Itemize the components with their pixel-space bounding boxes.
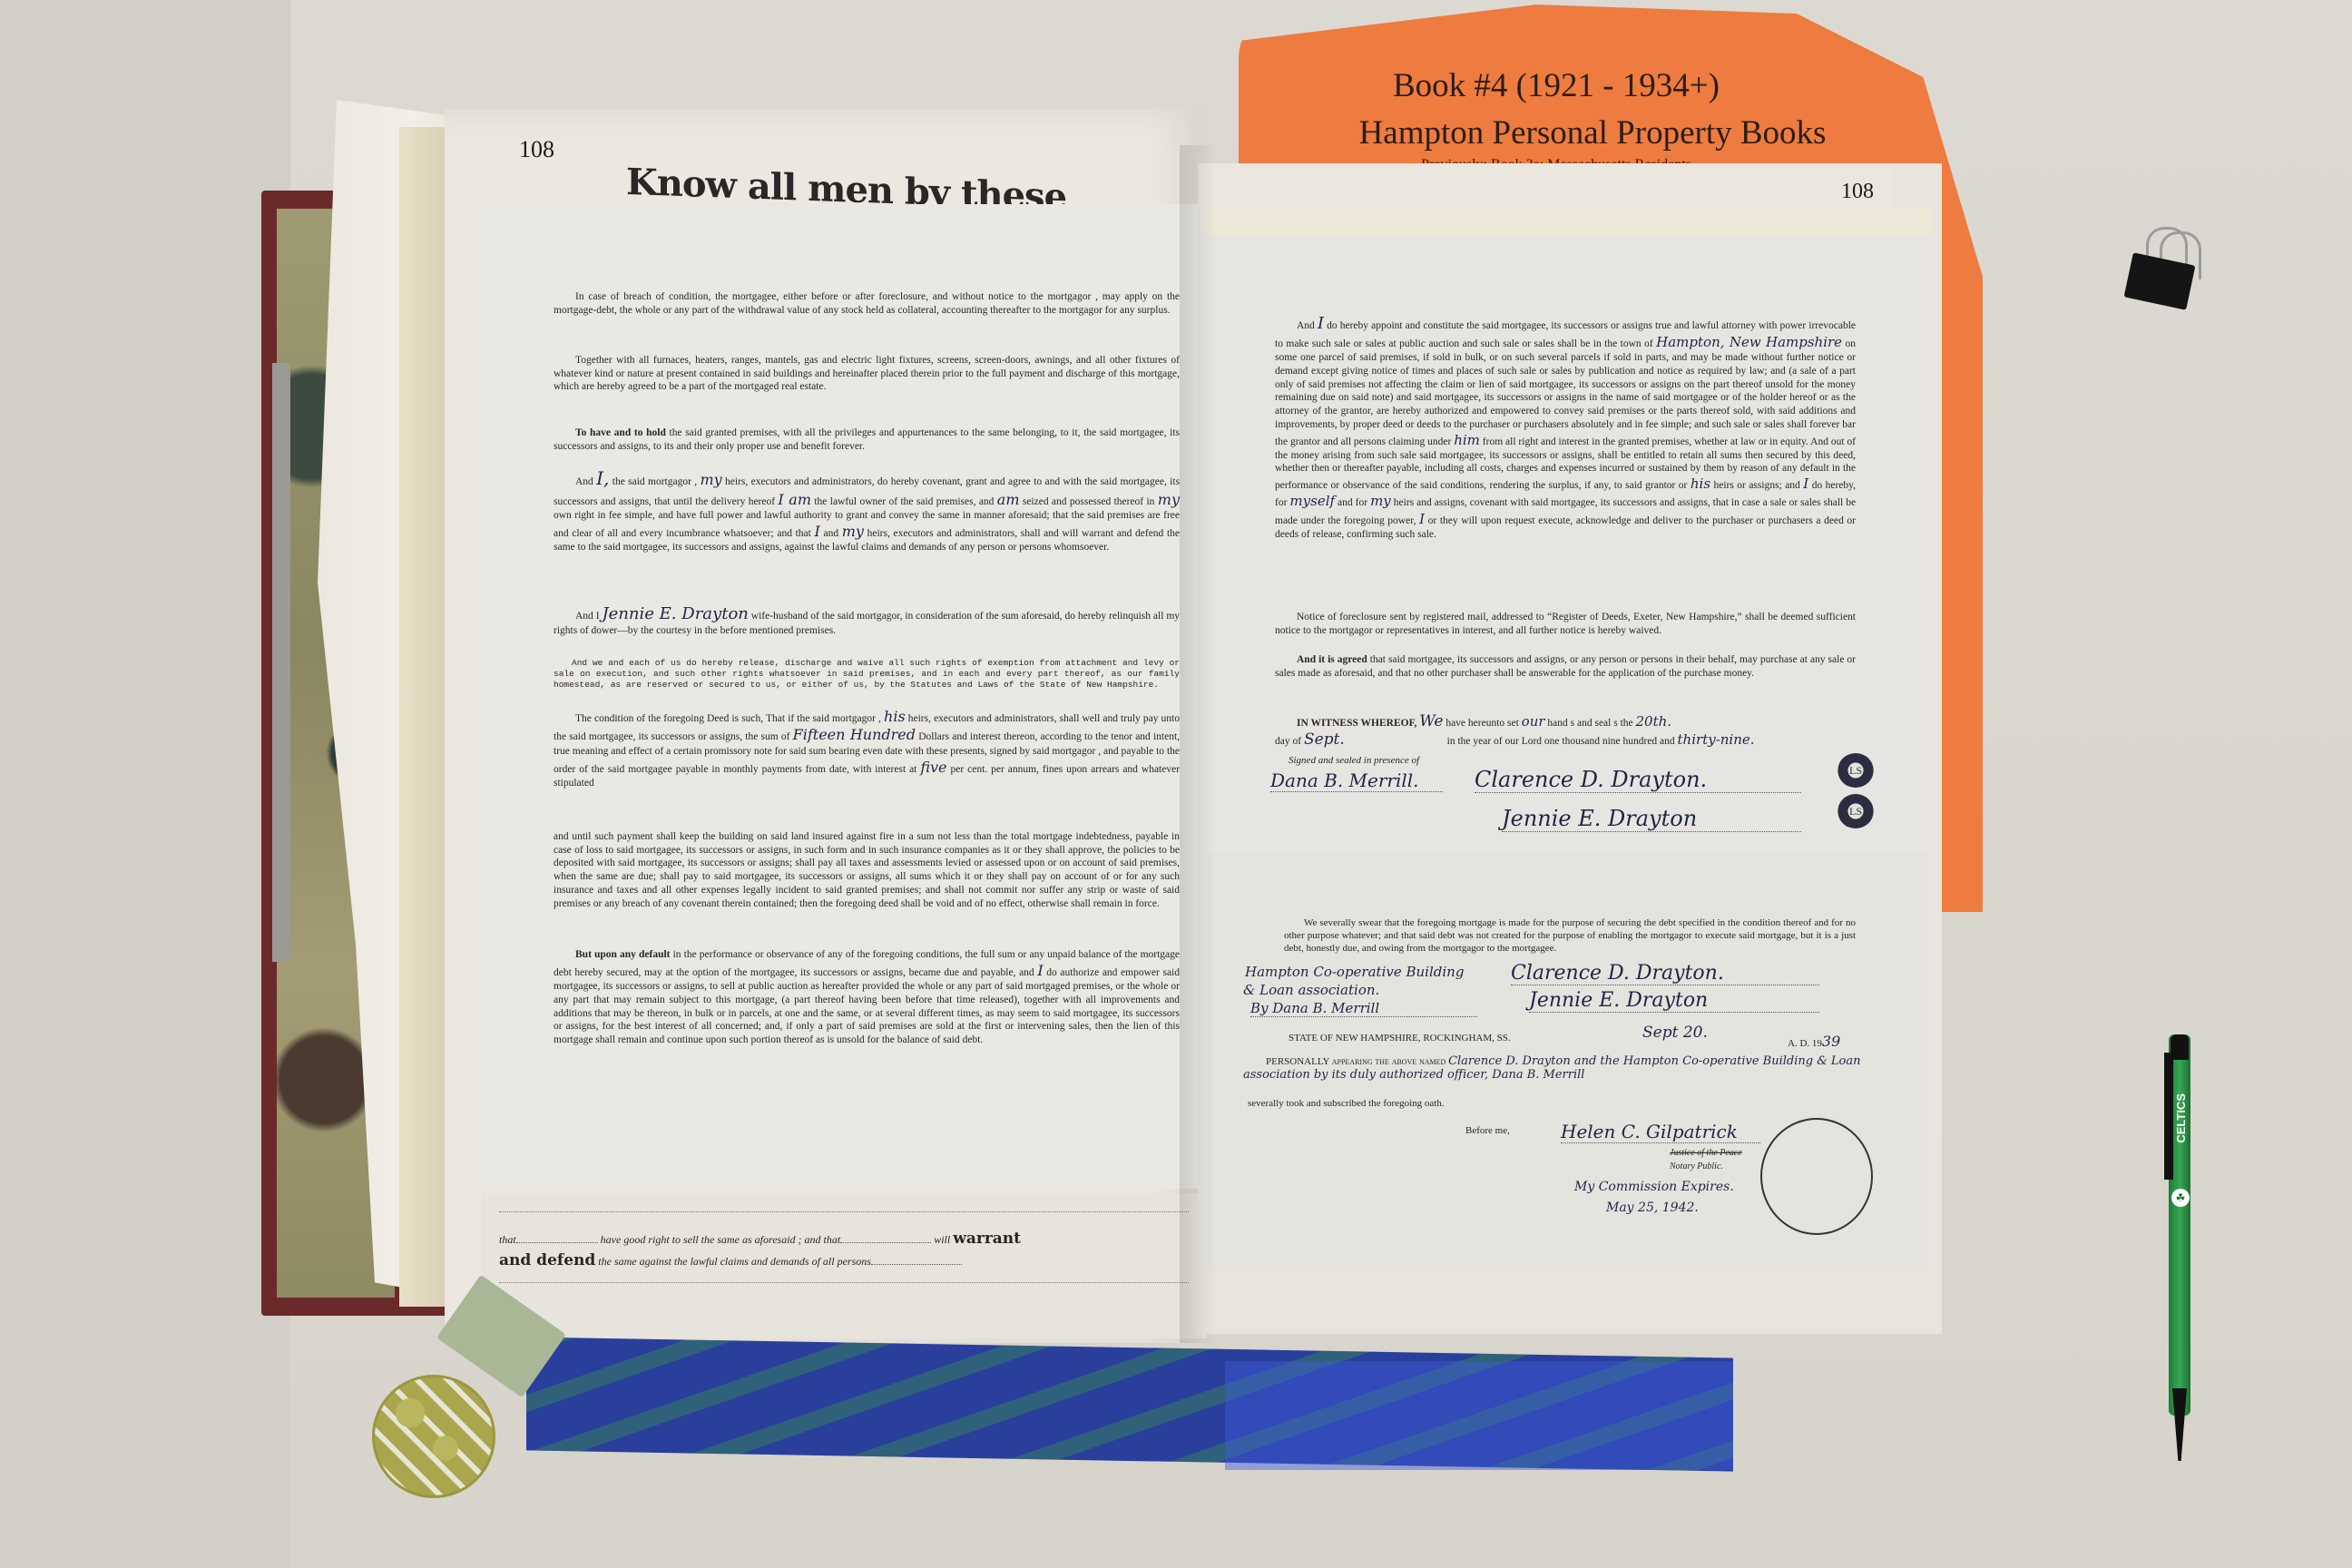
shamrock-icon: ☘ xyxy=(2171,1189,2190,1207)
pen-clip xyxy=(2164,1053,2173,1180)
text: on some one parcel of said premises, if … xyxy=(1275,338,1856,447)
text: do authorize and empower said mortgagee,… xyxy=(554,967,1180,1045)
oath-sheet: We severally swear that the foregoing mo… xyxy=(1207,853,1928,1270)
para-fixtures: Together with all furnaces, heaters, ran… xyxy=(554,354,1180,394)
text: the same against the lawful claims and d… xyxy=(598,1255,871,1268)
text: hand s and seal s the xyxy=(1547,718,1632,729)
bottom-form-strip: that have good right to sell the same as… xyxy=(481,1193,1207,1338)
text: And xyxy=(575,476,593,487)
book-gutter-shadow xyxy=(1180,145,1216,1343)
blank-field xyxy=(516,1242,598,1243)
default-label: But upon any default xyxy=(575,949,671,960)
handwriting-i: I xyxy=(815,523,820,540)
handwriting-i: I xyxy=(1419,511,1425,527)
state-venue: STATE OF NEW HAMPSHIRE, ROCKINGHAM, SS. xyxy=(1289,1033,1511,1044)
gothic-warrant: warrant xyxy=(953,1230,1021,1248)
handwriting-am: am xyxy=(997,491,1020,508)
left-deed-sheet: In case of breach of condition, the mort… xyxy=(481,204,1202,1189)
text: in the year of our Lord one thousand nin… xyxy=(1347,736,1675,747)
handwriting-his: his xyxy=(884,708,906,725)
blank-field xyxy=(871,1264,962,1265)
subscribed-oath: severally took and subscribed the forego… xyxy=(1248,1098,1445,1109)
to-have-label: To have and to hold xyxy=(575,427,666,438)
oath-signature-clarence: Clarence D. Drayton. xyxy=(1511,962,1819,985)
text: heirs or assigns; and xyxy=(1713,480,1799,491)
para-to-have: To have and to hold the said granted pre… xyxy=(554,426,1180,453)
warrant-line-2: and defend the same against the lawful c… xyxy=(499,1251,1198,1269)
before-me-label: Before me, xyxy=(1465,1125,1510,1136)
wax-seal-1: LS xyxy=(1837,753,1874,788)
signed-in-presence-label: Signed and sealed in presence of xyxy=(1289,755,1419,766)
dotted-rule xyxy=(499,1282,1189,1283)
oath-signature-jennie: Jennie E. Drayton xyxy=(1529,989,1819,1013)
handwriting-our: our xyxy=(1522,713,1545,730)
divider-title-line2: Hampton Personal Property Books xyxy=(1239,113,1946,152)
left-page-number: 108 xyxy=(519,136,554,163)
handwriting-oath-date: Sept 20. xyxy=(1642,1024,1708,1042)
text: seized and possessed thereof in xyxy=(1023,496,1155,507)
text: The condition of the foregoing Deed is s… xyxy=(575,713,881,724)
right-deed-sheet: And I do hereby appoint and constitute t… xyxy=(1202,236,1933,853)
notary-public-label: Notary Public. xyxy=(1670,1161,1723,1171)
text: And I xyxy=(575,611,600,622)
patterned-bookmark-medallion xyxy=(372,1375,495,1498)
para-dower: And I Jennie E. Drayton wife-husband of … xyxy=(554,603,1180,638)
pen-plunger xyxy=(2171,1034,2189,1060)
right-page-number: 108 xyxy=(1841,180,1874,204)
text: per cent. per annum, xyxy=(950,764,1038,775)
text: and xyxy=(823,528,838,539)
handwriting-commission-2: May 25, 1942. xyxy=(1606,1200,1699,1215)
witness-label: IN WITNESS WHEREOF, xyxy=(1275,718,1416,729)
witness-signature: Dana B. Merrill. xyxy=(1270,769,1443,792)
handwriting-myself: myself xyxy=(1289,493,1335,509)
anno-domini: A. D. 1939 xyxy=(1788,1033,1840,1050)
oath-text: We severally swear that the foregoing mo… xyxy=(1284,916,1856,955)
handwriting-my: my xyxy=(842,523,864,540)
handwriting-year: thirty-nine. xyxy=(1678,731,1755,748)
handwriting-interest-rate: five xyxy=(920,759,946,776)
tape-highlight xyxy=(1225,1361,1733,1470)
text: that xyxy=(499,1233,516,1246)
para-attorney: And I do hereby appoint and constitute t… xyxy=(1275,313,1856,541)
justice-of-peace-struck: Justice of the Peace xyxy=(1670,1148,1742,1158)
handwriting-him: him xyxy=(1454,432,1480,448)
handwriting-day: 20th. xyxy=(1636,713,1672,730)
handwriting-my: my xyxy=(1158,491,1180,508)
text: do hereby appoint and constitute the sai… xyxy=(1327,320,1652,331)
para-insurance: and until such payment shall keep the bu… xyxy=(554,830,1180,910)
handwriting-month: Sept. xyxy=(1304,730,1345,749)
notary-signature: Helen C. Gilpatrick xyxy=(1561,1121,1760,1143)
text: A. D. 19 xyxy=(1788,1038,1822,1049)
para-breach: In case of breach of condition, the mort… xyxy=(554,290,1180,317)
warrant-line-1: that have good right to sell the same as… xyxy=(499,1230,1198,1248)
handwriting-i: I xyxy=(1318,314,1324,333)
handwriting-year: 39 xyxy=(1822,1033,1840,1050)
handwriting-association-2: & Loan association. xyxy=(1243,982,1379,998)
handwriting-my: my xyxy=(700,471,721,488)
witness-block: IN WITNESS WHEREOF, We have hereunto set… xyxy=(1275,712,1874,749)
wax-seal-2: LS xyxy=(1837,794,1874,828)
book-spine-cloth xyxy=(272,363,290,962)
divider-title-line1: Book #4 (1921 - 1934+) xyxy=(1239,66,1874,105)
text: payable xyxy=(676,764,709,775)
handwriting-loan-amount: Fifteen Hundred xyxy=(793,726,916,743)
para-notice: Notice of foreclosure sent by registered… xyxy=(1275,611,1856,637)
para-agreed: And it is agreed that said mortgagee, it… xyxy=(1275,653,1856,680)
handwriting-my: my xyxy=(1370,493,1391,509)
text: have good right to sell the same as afor… xyxy=(601,1233,841,1246)
handwriting-town: Hampton, New Hampshire xyxy=(1656,334,1842,350)
signature-jennie: Jennie E. Drayton xyxy=(1502,806,1801,832)
handwriting-his: his xyxy=(1690,475,1710,492)
notary-seal-stamp xyxy=(1760,1118,1873,1235)
handwriting-i: I xyxy=(1037,962,1043,979)
text: the said mortgagor , xyxy=(612,476,697,487)
para-homestead: And we and each of us do hereby release,… xyxy=(554,658,1180,691)
text: PERSONALLY appearing the above named xyxy=(1243,1056,1445,1067)
agreed-label: And it is agreed xyxy=(1297,654,1367,665)
text: and for xyxy=(1338,497,1367,508)
gothic-and-defend: and defend xyxy=(499,1251,595,1269)
handwriting-we: We xyxy=(1419,712,1443,730)
handwriting-association-3: By Dana B. Merrill xyxy=(1250,1000,1477,1017)
text: And xyxy=(1275,320,1315,331)
para-default: But upon any default in the performance … xyxy=(554,948,1180,1047)
para-condition: The condition of the foregoing Deed is s… xyxy=(554,708,1180,790)
handwriting-i: I xyxy=(1803,475,1808,492)
handwriting-i: I, xyxy=(596,467,609,489)
para-covenant: And I, the said mortgagor , my heirs, ex… xyxy=(554,467,1180,554)
dotted-rule xyxy=(499,1211,1189,1212)
text: day of xyxy=(1275,736,1301,747)
text: will xyxy=(934,1233,950,1246)
text: in monthly payments from date, with inte… xyxy=(711,764,916,775)
text: the lawful owner of the said premises, a… xyxy=(814,496,994,507)
handwriting-association-1: Hampton Co-operative Building xyxy=(1245,964,1464,980)
personally-appearing: PERSONALLY appearing the above named Cla… xyxy=(1243,1054,1878,1082)
table-surface-left xyxy=(0,0,299,1568)
pen-brand-label: CELTICS xyxy=(2174,1093,2189,1143)
blank-field xyxy=(840,1242,931,1243)
handwriting-i-am: I am xyxy=(778,491,811,508)
handwriting-commission-1: My Commission Expires. xyxy=(1574,1180,1734,1194)
text: have hereunto set xyxy=(1445,718,1518,729)
handwriting-jennie-drayton: Jennie E. Drayton xyxy=(602,604,748,623)
signature-clarence: Clarence D. Drayton. xyxy=(1475,767,1801,793)
